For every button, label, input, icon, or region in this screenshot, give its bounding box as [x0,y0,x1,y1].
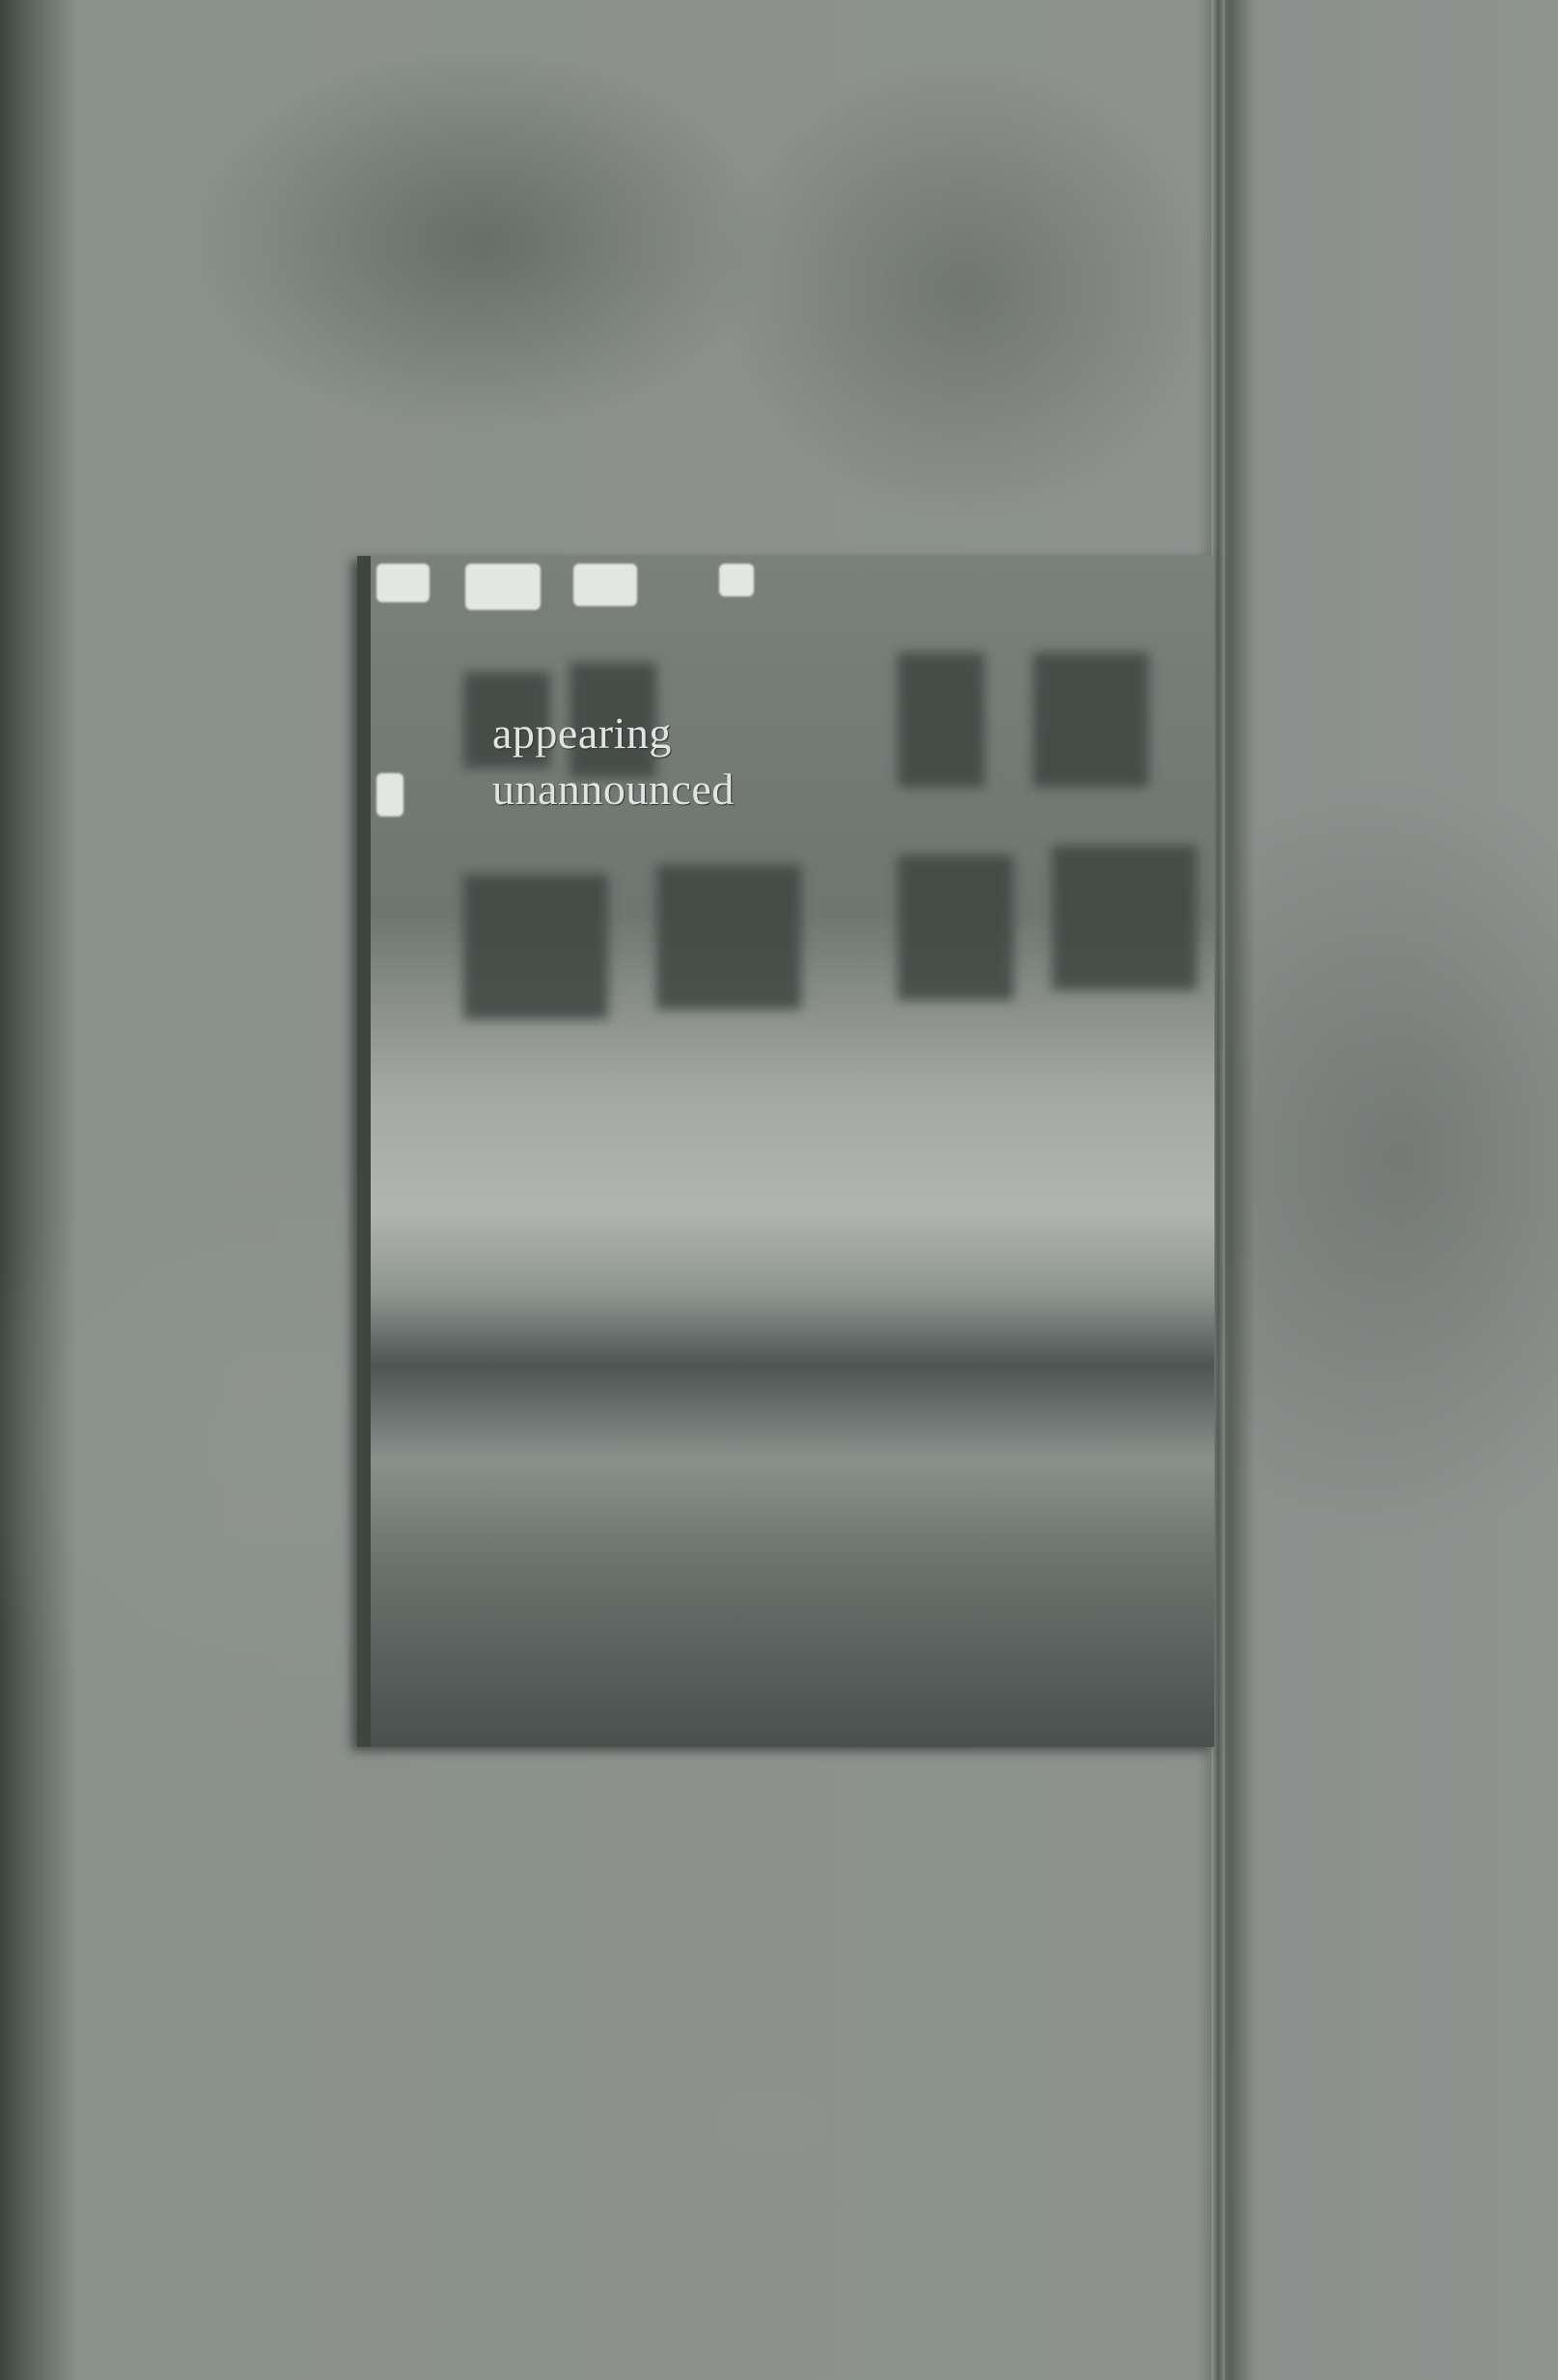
reflected-pane [1052,845,1197,990]
reflected-window [376,773,403,816]
reflected-window [465,564,541,610]
title-line-1: appearing [492,706,735,761]
book-cover: appearing unannounced [357,556,1214,1747]
reflected-pane [463,874,608,1019]
reflected-pane [898,855,1014,1000]
reflected-pane [656,865,801,1010]
reflected-pane [898,652,985,788]
book-title: appearing unannounced [492,706,735,817]
reflected-window [376,564,430,602]
reflected-window [573,564,637,606]
title-line-2: unannounced [492,761,735,817]
reflected-window [719,564,754,596]
reflected-pane [1033,652,1149,788]
